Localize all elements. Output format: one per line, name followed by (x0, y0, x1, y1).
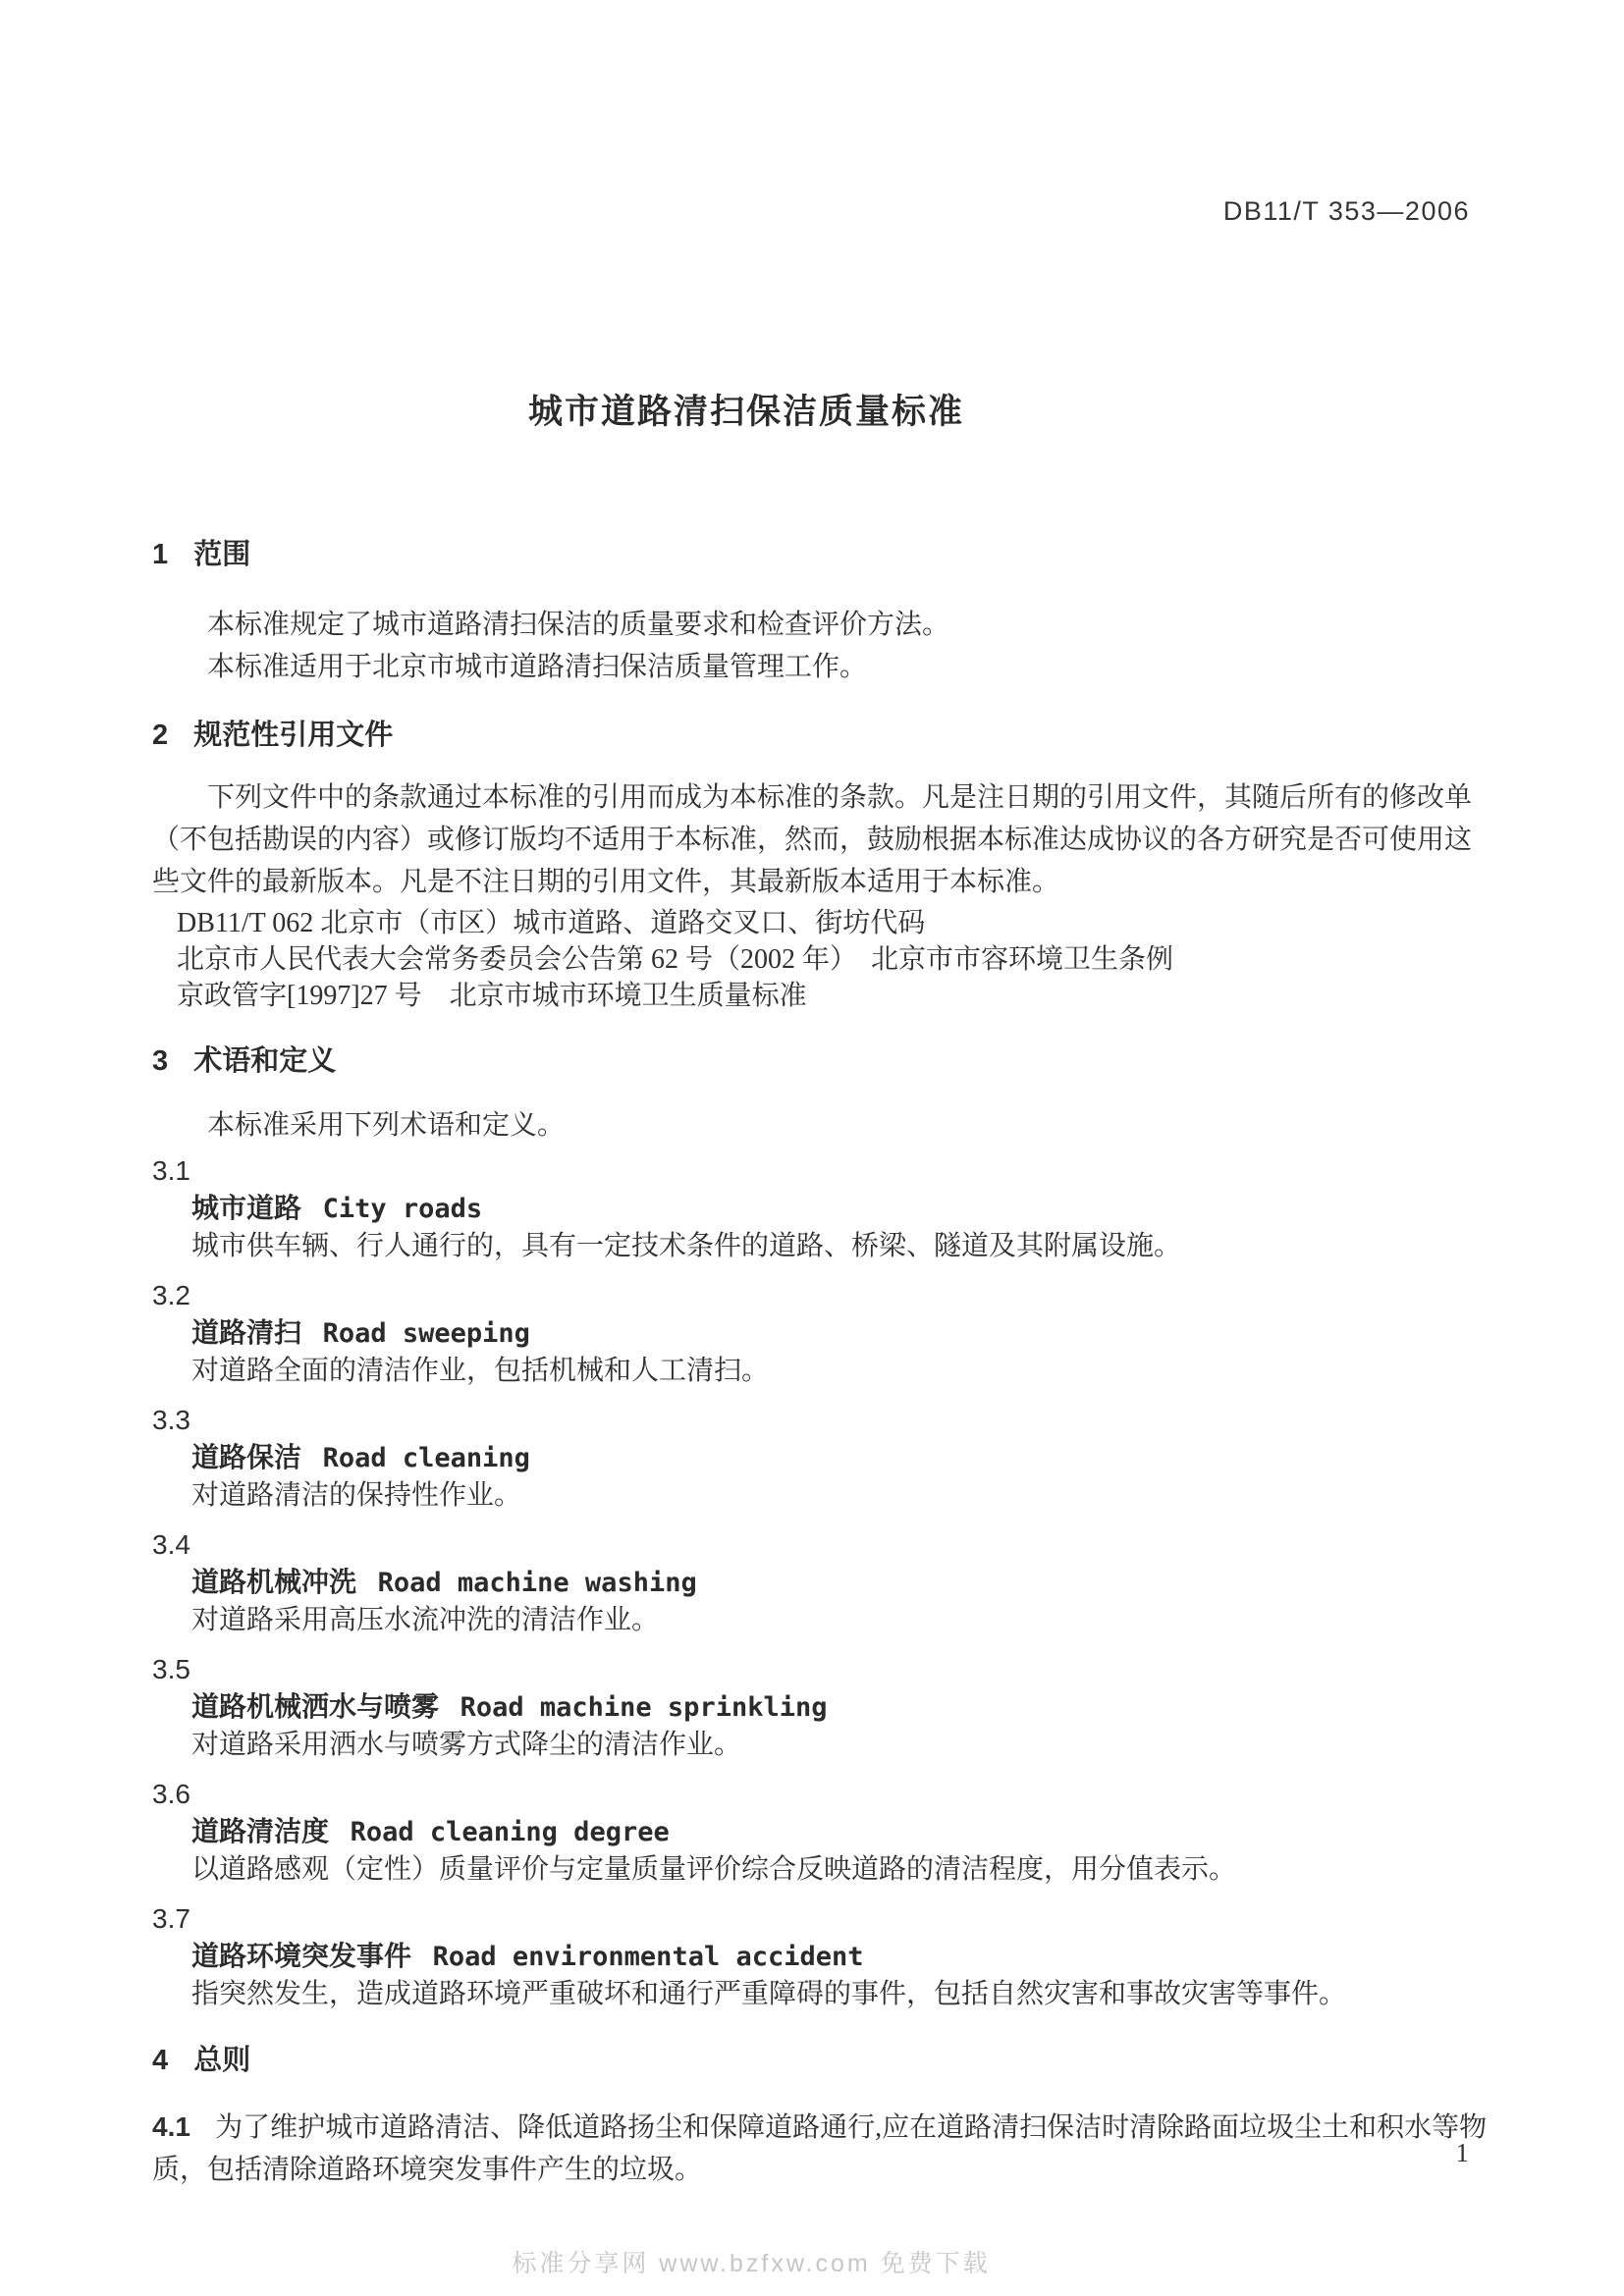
term-title: 道路机械冲洗Road machine washing (191, 1564, 1497, 1602)
document-page: DB11/T 353—2006 城市道路清扫保洁质量标准 1范围 本标准规定了城… (0, 0, 1624, 2296)
term-zh: 道路环境突发事件 (191, 1941, 411, 1971)
term-number: 3.2 (152, 1277, 1497, 1314)
clause-number: 4.1 (152, 2111, 190, 2142)
term-definition-3-5: 3.5 道路机械洒水与喷雾Road machine sprinkling 对道路… (152, 1651, 1497, 1764)
reference-item: 北京市人民代表大会常务委员会公告第 62 号（2002 年） 北京市市容环境卫生… (177, 941, 1497, 978)
term-zh: 道路清洁度 (191, 1816, 329, 1846)
term-definition-3-2: 3.2 道路清扫Road sweeping 对道路全面的清洁作业，包括机械和人工… (152, 1277, 1497, 1390)
clause-text: 为了维护城市道路清洁、降低道路扬尘和保障道路通行,应在道路清扫保洁时清除路面垃圾… (152, 2112, 1487, 2185)
section-3-label: 术语和定义 (193, 1045, 336, 1077)
term-definition-3-7: 3.7 道路环境突发事件Road environmental accident … (152, 1900, 1497, 2013)
term-number: 3.5 (152, 1651, 1497, 1688)
term-en: Road machine washing (378, 1568, 697, 1598)
term-number: 3.3 (152, 1402, 1497, 1439)
section-1-label: 范围 (193, 539, 250, 570)
document-body: 1范围 本标准规定了城市道路清扫保洁的质量要求和检查评价方法。 本标准适用于北京… (152, 525, 1497, 2191)
section-2-heading: 2规范性引用文件 (152, 716, 1497, 755)
term-zh: 道路机械冲洗 (191, 1567, 356, 1597)
term-title: 道路机械洒水与喷雾Road machine sprinkling (191, 1688, 1497, 1727)
term-number: 3.7 (152, 1900, 1497, 1938)
section-3-intro: 本标准采用下列术语和定义。 (152, 1104, 1497, 1147)
term-definition-text: 对道路采用高压水流冲洗的清洁作业。 (191, 1602, 1497, 1639)
term-en: Road cleaning (323, 1443, 530, 1473)
term-definition-text: 城市供车辆、行人通行的，具有一定技术条件的道路、桥梁、隧道及其附属设施。 (191, 1228, 1497, 1265)
section-3-number: 3 (152, 1041, 168, 1081)
term-en: City roads (323, 1194, 483, 1224)
section-4-heading: 4总则 (152, 2041, 1497, 2080)
term-zh: 道路保洁 (191, 1442, 301, 1472)
section-2-label: 规范性引用文件 (193, 720, 393, 751)
term-definition-text: 以道路感观（定性）质量评价与定量质量评价综合反映道路的清洁程度，用分值表示。 (191, 1851, 1497, 1889)
term-zh: 道路清扫 (191, 1317, 301, 1348)
term-title: 道路保洁Road cleaning (191, 1439, 1497, 1477)
section-4-label: 总则 (193, 2045, 250, 2076)
term-title: 城市道路City roads (191, 1190, 1497, 1228)
term-number: 3.4 (152, 1526, 1497, 1564)
section-1-heading: 1范围 (152, 535, 1497, 574)
section-3-heading: 3术语和定义 (152, 1041, 1497, 1081)
section-1-paragraph-2: 本标准适用于北京市城市道路清扫保洁质量管理工作。 (152, 646, 1497, 688)
clause-4-1: 4.1为了维护城市道路清洁、降低道路扬尘和保障道路通行,应在道路清扫保洁时清除路… (152, 2106, 1497, 2191)
term-definition-3-1: 3.1 城市道路City roads 城市供车辆、行人通行的，具有一定技术条件的… (152, 1152, 1497, 1265)
term-definition-text: 对道路清洁的保持性作业。 (191, 1477, 1497, 1515)
term-en: Road sweeping (323, 1318, 530, 1349)
term-en: Road cleaning degree (351, 1817, 670, 1847)
section-2-number: 2 (152, 716, 168, 755)
section-4-number: 4 (152, 2041, 168, 2080)
term-number: 3.1 (152, 1152, 1497, 1190)
term-zh: 道路机械洒水与喷雾 (191, 1691, 439, 1722)
term-zh: 城市道路 (191, 1193, 301, 1223)
term-en: Road environmental accident (433, 1942, 864, 1972)
term-en: Road machine sprinkling (460, 1692, 828, 1723)
term-definition-3-6: 3.6 道路清洁度Road cleaning degree 以道路感观（定性）质… (152, 1776, 1497, 1889)
document-title: 城市道路清扫保洁质量标准 (0, 385, 1492, 434)
section-1-paragraph-1: 本标准规定了城市道路清扫保洁的质量要求和检查评价方法。 (152, 604, 1497, 646)
standard-code: DB11/T 353—2006 (1223, 196, 1470, 227)
section-2-intro: 下列文件中的条款通过本标准的引用而成为本标准的条款。凡是注日期的引用文件，其随后… (152, 776, 1497, 903)
term-definition-3-3: 3.3 道路保洁Road cleaning 对道路清洁的保持性作业。 (152, 1402, 1497, 1515)
term-title: 道路环境突发事件Road environmental accident (191, 1938, 1497, 1976)
term-definition-3-4: 3.4 道路机械冲洗Road machine washing 对道路采用高压水流… (152, 1526, 1497, 1639)
reference-item: 京政管字[1997]27 号 北京市城市环境卫生质量标准 (177, 978, 1497, 1014)
term-definition-text: 对道路采用洒水与喷雾方式降尘的清洁作业。 (191, 1727, 1497, 1764)
term-definition-text: 指突然发生，造成道路环境严重破坏和通行严重障碍的事件，包括自然灾害和事故灾害等事… (191, 1976, 1497, 2013)
page-number: 1 (1456, 2138, 1470, 2168)
term-number: 3.6 (152, 1776, 1497, 1813)
term-title: 道路清洁度Road cleaning degree (191, 1813, 1497, 1851)
watermark-text: 标准分享网 www.bzfxw.com 免费下载 (0, 2244, 1502, 2279)
section-1-number: 1 (152, 535, 168, 574)
reference-item: DB11/T 062 北京市（市区）城市道路、道路交叉口、街坊代码 (177, 905, 1497, 941)
term-title: 道路清扫Road sweeping (191, 1314, 1497, 1353)
reference-list: DB11/T 062 北京市（市区）城市道路、道路交叉口、街坊代码 北京市人民代… (177, 905, 1497, 1014)
term-definition-text: 对道路全面的清洁作业，包括机械和人工清扫。 (191, 1353, 1497, 1390)
